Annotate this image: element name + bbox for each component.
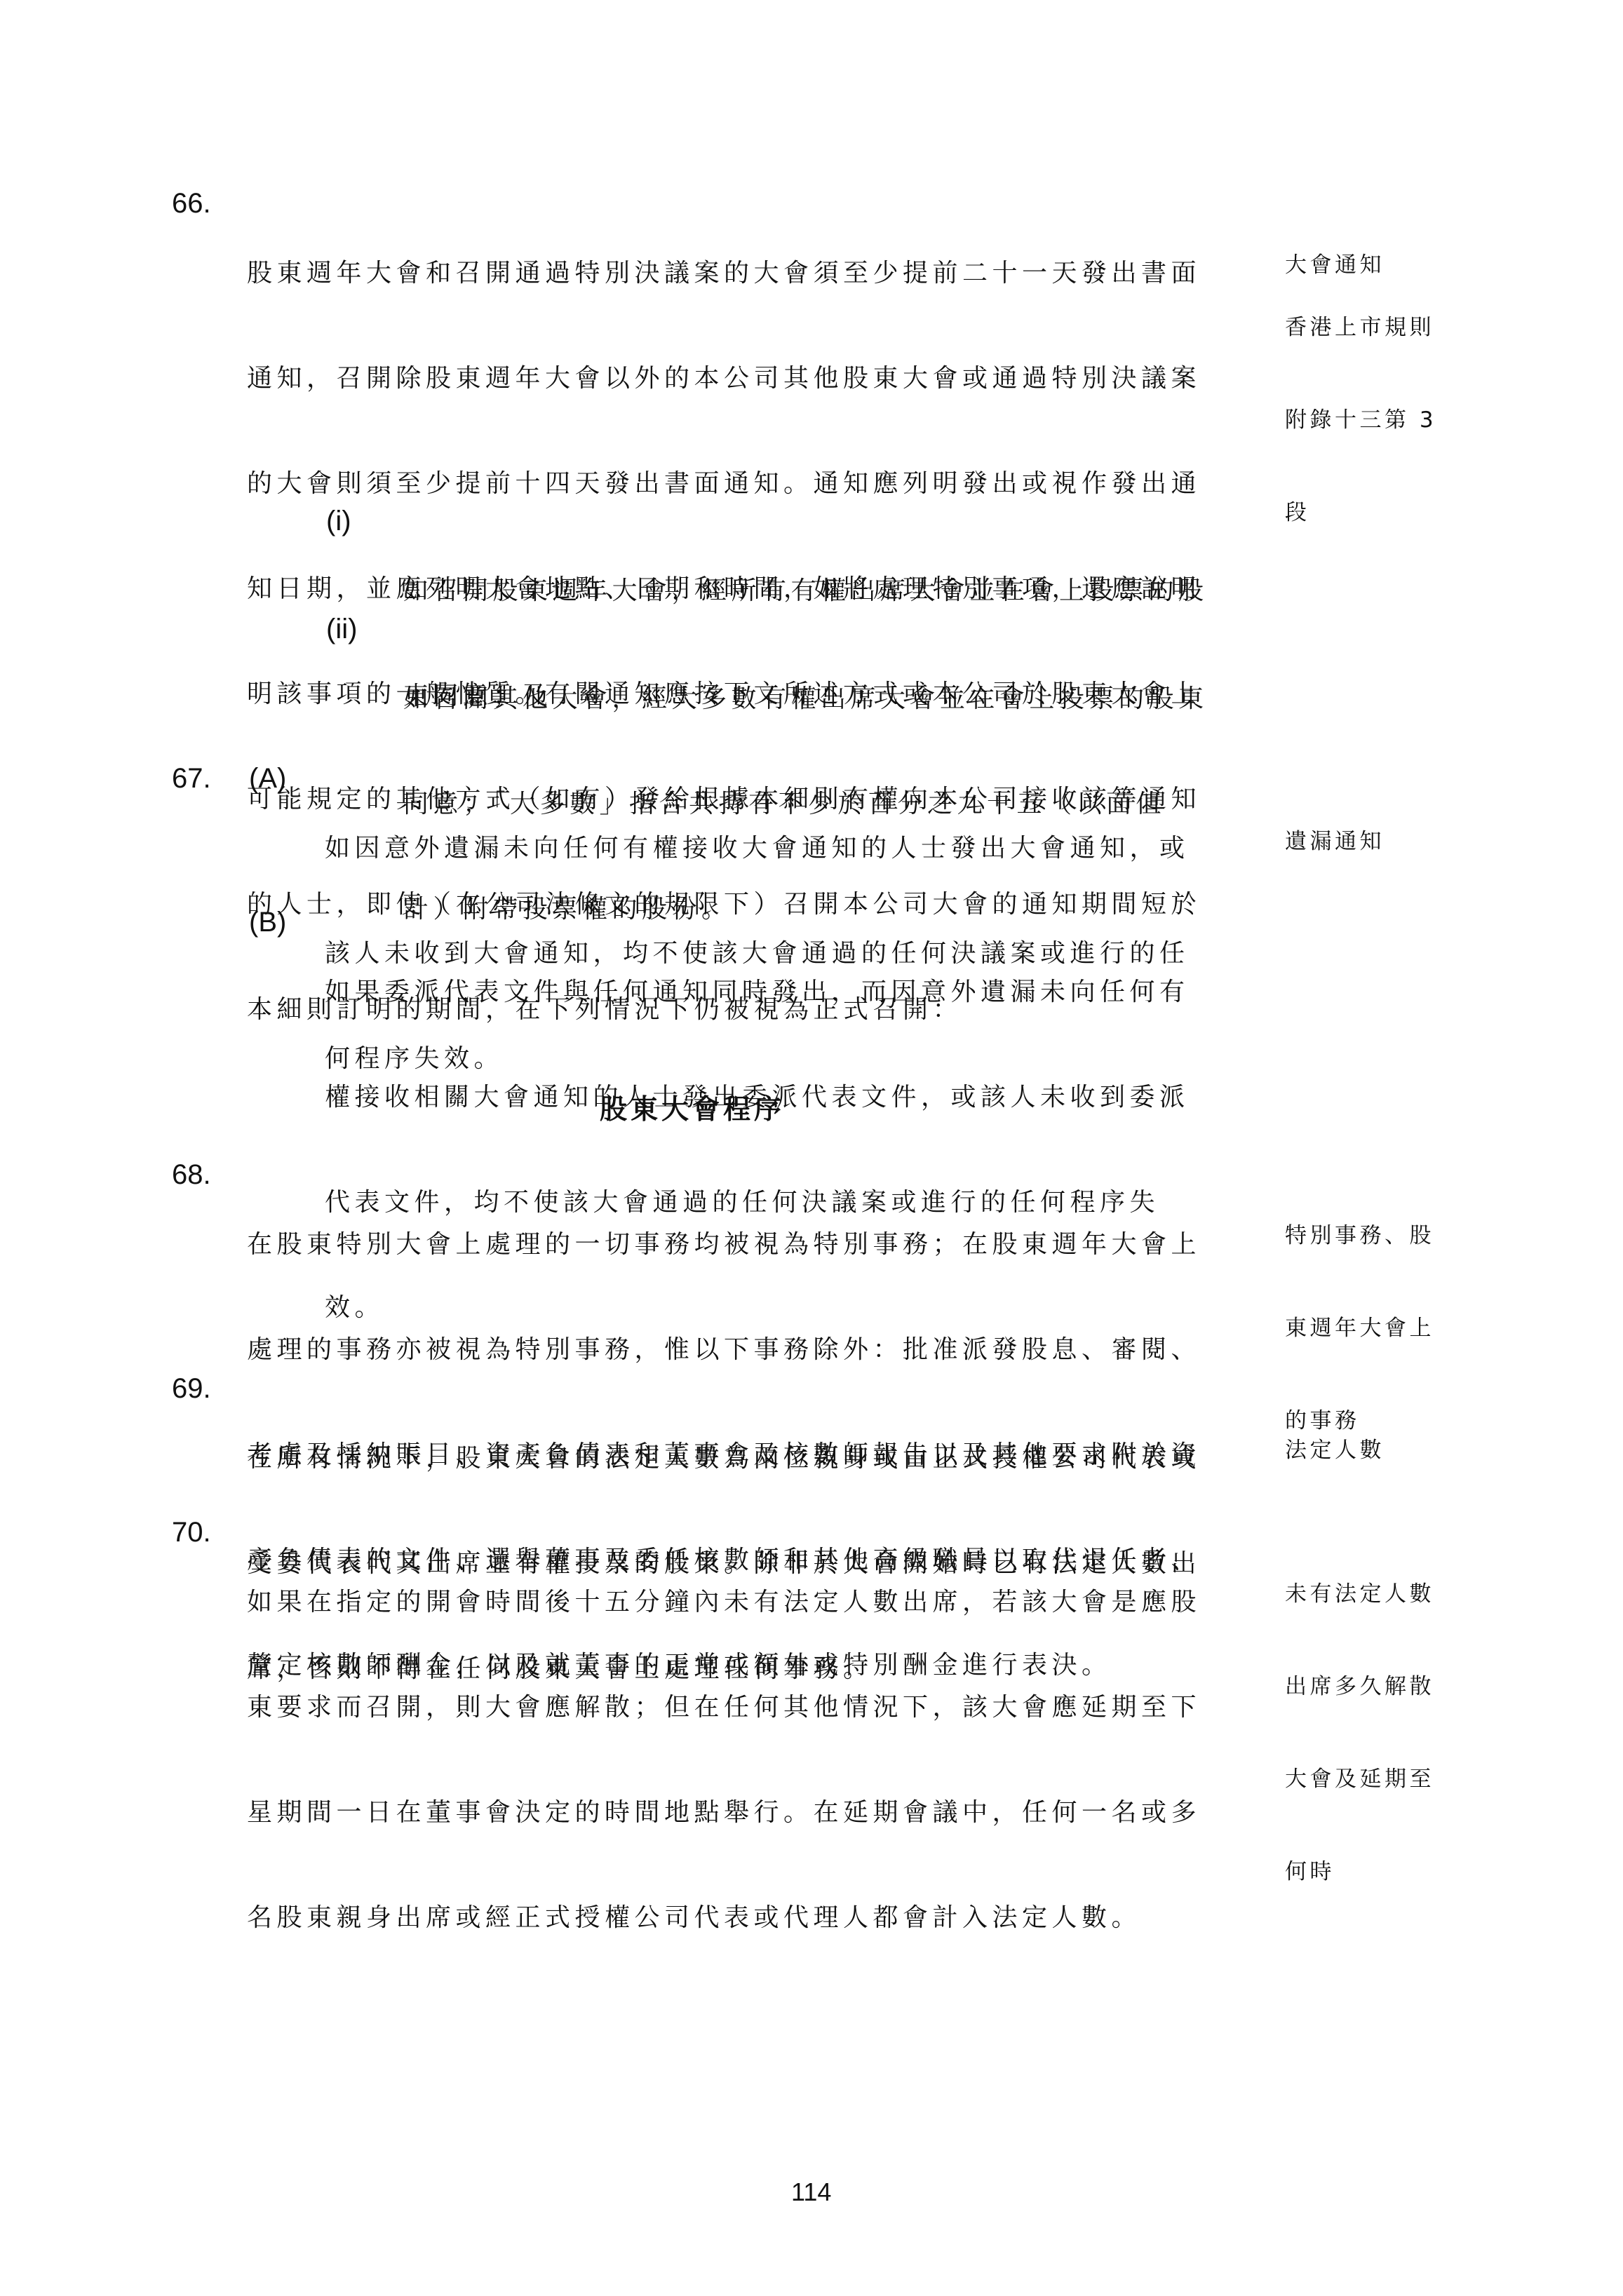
clause-66-item-i-label: (i) <box>326 504 351 539</box>
text-line: 通知，召開除股東週年大會以外的本公司其他股東大會或通過特別決議案 <box>247 361 1201 396</box>
text-line: 的大會則須至少提前十四天發出書面通知。通知應列明發出或視作發出通 <box>247 466 1201 501</box>
clause-67-item-a-label: (A) <box>249 761 286 796</box>
page-number: 114 <box>791 2177 831 2208</box>
text-line: 處理的事務亦被視為特別事務，惟以下事務除外：批准派發股息、審閱、 <box>247 1332 1201 1368</box>
side-note-line: 東週年大會上 <box>1285 1313 1434 1344</box>
text-line: 如因意外遺漏未向任何有權接收大會通知的人士發出大會通知，或 <box>325 831 1190 866</box>
text-line: 在股東特別大會上處理的一切事務均被視為特別事務；在股東週年大會上 <box>247 1227 1201 1262</box>
clause-69-number: 69. <box>172 1371 211 1406</box>
document-page: 66. 股東週年大會和召開通過特別決議案的大會須至少提前二十一天發出書面 通知，… <box>0 0 1623 2296</box>
clause-66-listing-rule-note: 香港上市規則 附錄十三第 3 段 <box>1285 250 1436 590</box>
clause-69-side-note: 法定人數 <box>1285 1373 1385 1527</box>
text-line: 如召開其他大會，經大多數有權出席大會並在會上投票的股東 <box>403 682 1208 717</box>
side-note-line: 未有法定人數 <box>1285 1579 1434 1609</box>
side-note-line: 附錄十三第 3 <box>1285 405 1436 435</box>
side-note-line: 出席多久解散 <box>1285 1671 1434 1702</box>
clause-67-item-b-label: (B) <box>249 905 286 940</box>
side-note-line: 特別事務、股 <box>1285 1220 1434 1251</box>
text-line: 星期間一日在董事會決定的時間地點舉行。在延期會議中，任何一名或多 <box>247 1795 1201 1830</box>
clause-70-text: 如果在指定的開會時間後十五分鐘內未有法定人數出席，若該大會是應股 東要求而召開，… <box>247 1515 1201 2006</box>
side-note-line: 遺漏通知 <box>1285 826 1385 857</box>
side-note-line: 何時 <box>1285 1856 1434 1887</box>
side-note-line: 大會及延期至 <box>1285 1764 1434 1795</box>
side-note-line: 香港上市規則 <box>1285 312 1436 343</box>
clause-70-number: 70. <box>172 1515 211 1550</box>
clause-67-side-note: 遺漏通知 <box>1285 764 1385 919</box>
text-line: 名股東親身出席或經正式授權公司代表或代理人都會計入法定人數。 <box>247 1900 1201 1936</box>
text-line: 在所有情況下，股東大會的法定人數為兩位親身或由正式授權公司代表或 <box>247 1441 1201 1476</box>
side-note-line: 法定人數 <box>1285 1435 1385 1466</box>
section-heading: 股東大會程序 <box>600 1093 785 1128</box>
text-line: 如召開股東週年大會，經所有有權出席大會並在會上投票的股 <box>403 574 1208 609</box>
side-note-line: 段 <box>1285 497 1436 528</box>
clause-67-number: 67. <box>172 761 211 796</box>
clause-66-number: 66. <box>172 186 211 221</box>
clause-70-side-note: 未有法定人數 出席多久解散 大會及延期至 何時 <box>1285 1517 1434 1949</box>
text-line: 東要求而召開，則大會應解散；但在任何其他情況下，該大會應延期至下 <box>247 1690 1201 1725</box>
clause-68-number: 68. <box>172 1157 211 1192</box>
text-line: 如果在指定的開會時間後十五分鐘內未有法定人數出席，若該大會是應股 <box>247 1585 1201 1620</box>
text-line: 如果委派代表文件與任何通知同時發出，而因意外遺漏未向任何有 <box>325 975 1190 1010</box>
text-line: 股東週年大會和召開通過特別決議案的大會須至少提前二十一天發出書面 <box>247 256 1201 291</box>
clause-66-item-ii-label: (ii) <box>326 612 357 647</box>
